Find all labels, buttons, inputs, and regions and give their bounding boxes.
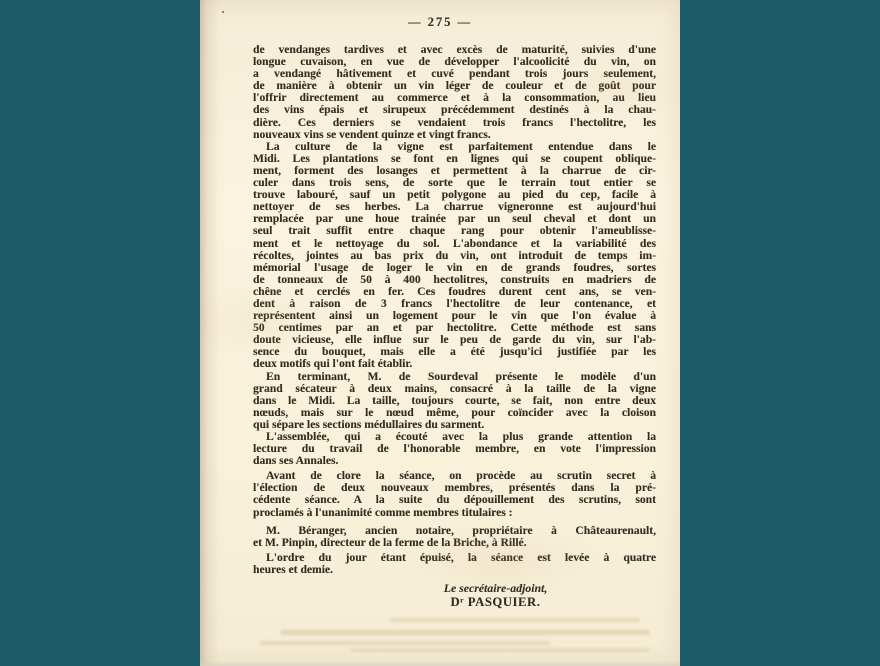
paragraph: En terminant, M. de Sourdeval présente l… — [253, 371, 656, 431]
paragraph: L'ordre du jour étant épuisé, la séance … — [253, 552, 656, 576]
page-bottom-edge — [200, 661, 680, 666]
text-line: dans ses Annales. — [253, 455, 656, 467]
bleedthrough-smudge — [390, 618, 640, 622]
signature-role: Le secrétaire-adjoint, — [393, 582, 598, 594]
text-line: des vins épais et sirupeux précédemment … — [253, 104, 656, 116]
text-line: récoltes, jointes au bas prix du vin, on… — [253, 250, 656, 262]
text-line: proclamés à l'unanimité comme membres ti… — [253, 507, 656, 519]
page-number: — 275 — — [200, 15, 680, 30]
text-line: deux motifs qui l'ont fait établir. — [253, 358, 656, 370]
ink-speck — [222, 11, 224, 13]
paragraph: Avant de clore la séance, on procède au … — [253, 470, 656, 518]
scan-backdrop: — 275 — de vendanges tardives et avec ex… — [0, 0, 880, 666]
page-body: de vendanges tardives et avec excès de m… — [253, 44, 656, 608]
book-page: — 275 — de vendanges tardives et avec ex… — [200, 0, 680, 666]
text-line: heures et demie. — [253, 564, 656, 576]
text-line: En terminant, M. de Sourdeval présente l… — [253, 371, 656, 383]
text-line: ment et le nettoyage du sol. L'abondance… — [253, 238, 656, 250]
paragraph: La culture de la vigne est parfaitement … — [253, 141, 656, 371]
text-line: seul trait suffit entre chaque rang pour… — [253, 225, 656, 237]
text-line: dans le Midi. La taille, toujours courte… — [253, 395, 656, 407]
text-line: dière. Ces derniers se vendaient trois f… — [253, 117, 656, 129]
paragraphs: de vendanges tardives et avec excès de m… — [253, 44, 656, 576]
paragraph: de vendanges tardives et avec excès de m… — [253, 44, 656, 141]
text-line: mémorial l'usage de loger le vin en de g… — [253, 262, 656, 274]
bleedthrough-smudge — [260, 641, 550, 645]
bleedthrough-smudge — [280, 630, 650, 635]
text-line: grand sécateur à deux mains, consacré à … — [253, 383, 656, 395]
signature-block: Le secrétaire-adjoint, Dʳ PASQUIER. — [393, 582, 598, 608]
text-line: cédente séance. A la suite du dépouillem… — [253, 494, 656, 506]
text-line: et M. Pinpin, directeur de la ferme de l… — [253, 537, 656, 549]
paragraph: M. Béranger, ancien notaire, propriétair… — [253, 525, 656, 549]
bleedthrough-smudge — [350, 648, 650, 652]
paragraph: L'assemblée, qui a écouté avec la plus g… — [253, 431, 656, 467]
text-line: nouveaux vins se vendent quinze et vingt… — [253, 129, 656, 141]
signature-name: Dʳ PASQUIER. — [393, 596, 598, 608]
text-line: M. Béranger, ancien notaire, propriétair… — [253, 525, 656, 537]
